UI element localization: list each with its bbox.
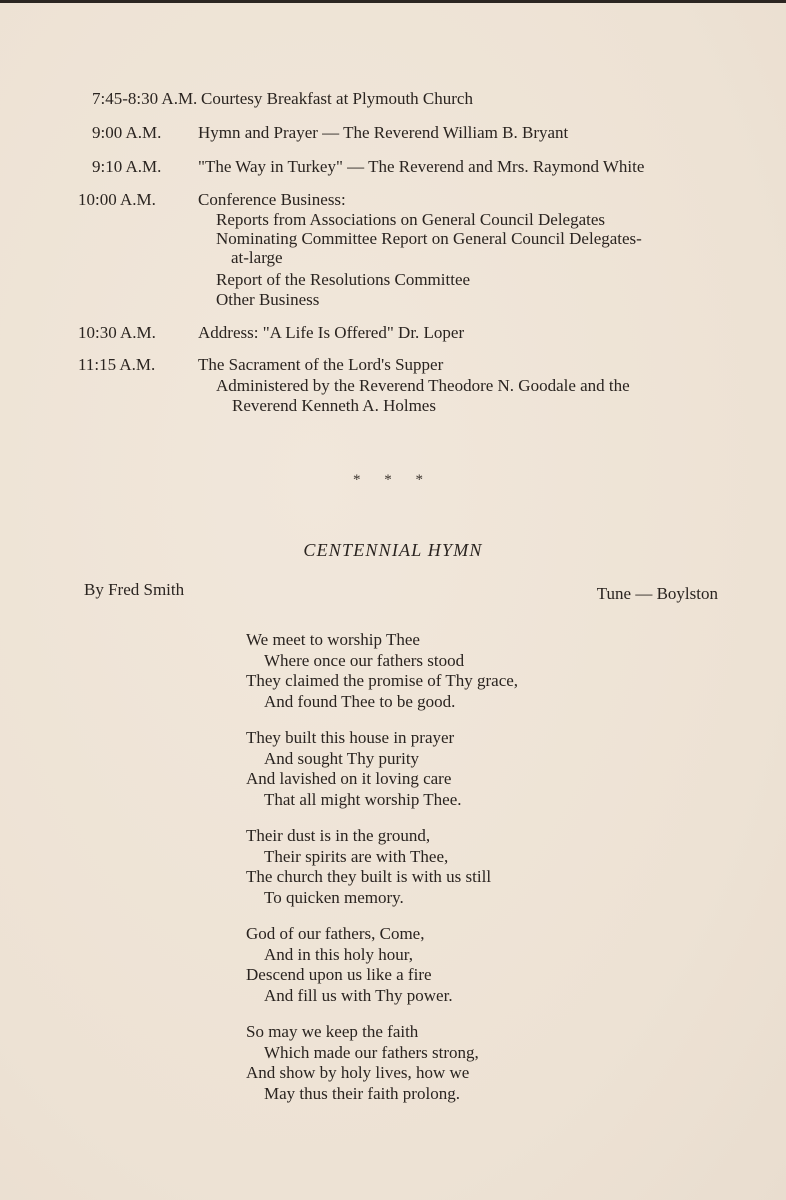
verse-line: We meet to worship Thee bbox=[246, 630, 518, 651]
verse-line: May thus their faith prolong. bbox=[246, 1084, 479, 1105]
verse-line: That all might worship Thee. bbox=[246, 790, 462, 811]
verse-line: And in this holy hour, bbox=[246, 945, 453, 966]
hymn-author: By Fred Smith bbox=[84, 580, 184, 600]
schedule-time: 9:10 A.M. bbox=[92, 157, 161, 177]
verse-line: To quicken memory. bbox=[246, 888, 491, 909]
business-item: Nominating Committee Report on General C… bbox=[216, 229, 642, 249]
verse-line: Their dust is in the ground, bbox=[246, 826, 491, 847]
document-page: 7:45-8:30 A.M. Courtesy Breakfast at Ply… bbox=[0, 3, 786, 1200]
section-separator: * * * bbox=[0, 472, 786, 489]
verse-line: Which made our fathers strong, bbox=[246, 1043, 479, 1064]
verse-line: Where once our fathers stood bbox=[246, 651, 518, 672]
schedule-description: The Sacrament of the Lord's Supper bbox=[198, 355, 443, 375]
verse-line: And show by holy lives, how we bbox=[246, 1063, 479, 1084]
verse-line: And lavished on it loving care bbox=[246, 769, 462, 790]
sacrament-detail: Administered by the Reverend Theodore N.… bbox=[216, 376, 630, 396]
schedule-description: Address: "A Life Is Offered" Dr. Loper bbox=[198, 323, 464, 343]
schedule-time: 7:45-8:30 A.M. bbox=[92, 89, 197, 109]
business-item: Other Business bbox=[216, 290, 319, 310]
schedule-time: 9:00 A.M. bbox=[92, 123, 161, 143]
schedule-description: Courtesy Breakfast at Plymouth Church bbox=[201, 89, 473, 109]
hymn-verse: We meet to worship Thee Where once our f… bbox=[246, 630, 518, 712]
hymn-verse: God of our fathers, Come, And in this ho… bbox=[246, 924, 453, 1006]
hymn-title: CENTENNIAL HYMN bbox=[0, 540, 786, 561]
schedule-time: 11:15 A.M. bbox=[78, 355, 155, 375]
schedule-time: 10:00 A.M. bbox=[78, 190, 156, 210]
verse-line: And found Thee to be good. bbox=[246, 692, 518, 713]
business-item: Report of the Resolutions Committee bbox=[216, 270, 470, 290]
verse-line: They claimed the promise of Thy grace, bbox=[246, 671, 518, 692]
verse-line: Descend upon us like a fire bbox=[246, 965, 453, 986]
verse-line: They built this house in prayer bbox=[246, 728, 462, 749]
verse-line: God of our fathers, Come, bbox=[246, 924, 453, 945]
sacrament-detail: Reverend Kenneth A. Holmes bbox=[232, 396, 436, 416]
schedule-time: 10:30 A.M. bbox=[78, 323, 156, 343]
schedule-description: Hymn and Prayer — The Reverend William B… bbox=[198, 123, 568, 143]
verse-line: And sought Thy purity bbox=[246, 749, 462, 770]
hymn-verse: So may we keep the faith Which made our … bbox=[246, 1022, 479, 1104]
hymn-verse: Their dust is in the ground, Their spiri… bbox=[246, 826, 491, 908]
verse-line: And fill us with Thy power. bbox=[246, 986, 453, 1007]
hymn-verse: They built this house in prayer And soug… bbox=[246, 728, 462, 810]
business-item: at-large bbox=[231, 248, 283, 268]
business-item: Reports from Associations on General Cou… bbox=[216, 210, 605, 230]
verse-line: So may we keep the faith bbox=[246, 1022, 479, 1043]
hymn-tune: Tune — Boylston bbox=[597, 584, 718, 604]
schedule-description: "The Way in Turkey" — The Reverend and M… bbox=[198, 157, 644, 177]
verse-line: The church they built is with us still bbox=[246, 867, 491, 888]
verse-line: Their spirits are with Thee, bbox=[246, 847, 491, 868]
schedule-description: Conference Business: bbox=[198, 190, 346, 210]
